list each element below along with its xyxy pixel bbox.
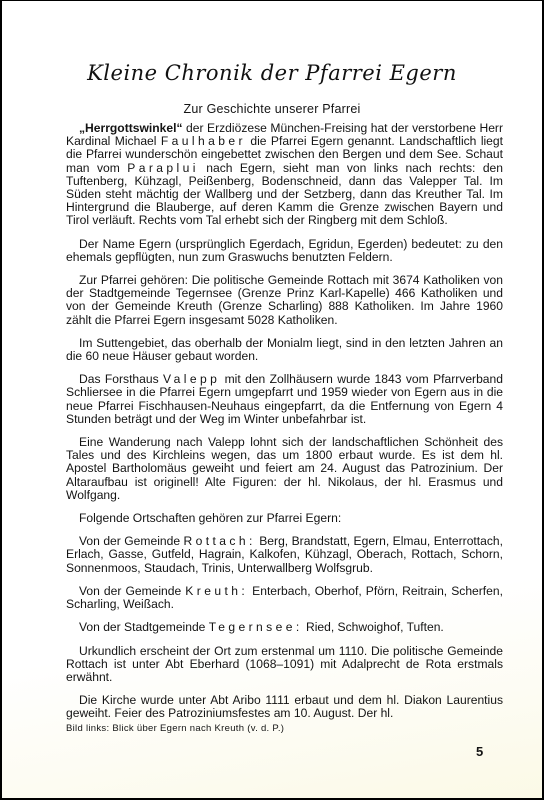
spaced-name-kreuth: Kreuth: bbox=[185, 584, 248, 598]
text-run: Ried, Schwoighof, Tuften. bbox=[303, 620, 444, 634]
paragraph-urkundlich: Urkundlich erscheint der Ort zum erstenm… bbox=[66, 645, 503, 685]
text-run: Das Forsthaus bbox=[79, 372, 163, 386]
text-run: Von der Gemeinde bbox=[79, 584, 185, 598]
spaced-name-tegernsee: Tegernsee: bbox=[209, 620, 303, 634]
paragraph-name-egern: Der Name Egern (ursprünglich Egerdach, E… bbox=[66, 238, 503, 264]
page-number: 5 bbox=[476, 744, 483, 759]
page-title: Kleine Chronik der Pfarrei Egern bbox=[2, 61, 542, 85]
paragraph-suttengebiet: Im Suttengebiet, das oberhalb der Monial… bbox=[66, 337, 503, 363]
spaced-name-faulhaber: Faulhaber bbox=[161, 134, 246, 148]
spaced-name-paraplui: Paraplui bbox=[127, 161, 199, 175]
paragraph-parish-members: Zur Pfarrei gehören: Die politische Geme… bbox=[66, 274, 503, 327]
paragraph-kreuth-places: Von der Gemeinde Kreuth: Enterbach, Ober… bbox=[66, 585, 503, 611]
text-run: Von der Gemeinde bbox=[79, 534, 184, 548]
paragraph-wanderung: Eine Wanderung nach Valepp lohnt sich de… bbox=[66, 436, 503, 502]
text-run: Von der Stadtgemeinde bbox=[79, 620, 209, 634]
paragraph-tegernsee-places: Von der Stadtgemeinde Tegernsee: Ried, S… bbox=[66, 621, 503, 634]
bold-lead: „Herrgottswinkel“ bbox=[79, 121, 183, 135]
section-subtitle: Zur Geschichte unserer Pfarrei bbox=[2, 102, 542, 116]
document-page: Kleine Chronik der Pfarrei Egern Zur Ges… bbox=[0, 0, 544, 800]
spaced-name-rottach: Rottach: bbox=[184, 534, 256, 548]
paragraph-valepp-forsthaus: Das Forsthaus Valepp mit den Zollhäusern… bbox=[66, 373, 503, 426]
spaced-name-valepp: Valepp bbox=[163, 372, 220, 386]
body-text: „Herrgottswinkel“ der Erzdiözese München… bbox=[66, 122, 503, 731]
paragraph-herrgottswinkel: „Herrgottswinkel“ der Erzdiözese München… bbox=[66, 122, 503, 228]
image-caption: Bild links: Blick über Egern nach Kreuth… bbox=[66, 723, 284, 734]
paragraph-kirche: Die Kirche wurde unter Abt Aribo 1111 er… bbox=[66, 694, 503, 720]
paragraph-ortschaften-intro: Folgende Ortschaften gehören zur Pfarrei… bbox=[66, 512, 503, 525]
paragraph-rottach-places: Von der Gemeinde Rottach: Berg, Brandsta… bbox=[66, 535, 503, 575]
